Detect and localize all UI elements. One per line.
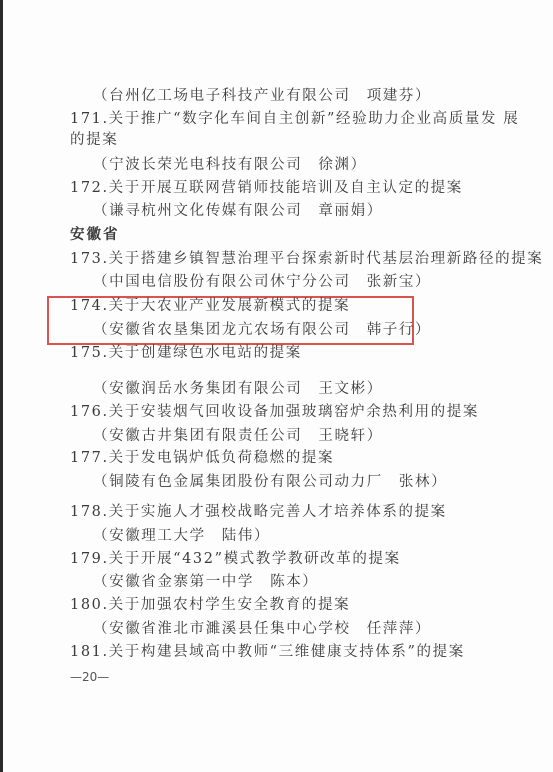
proposal-title-171: 171.关于推广“数字化车间自主创新”经验助力企业高质量发 展 xyxy=(70,110,519,128)
proposal-title-178: 178.关于实施人才强校战略完善人才培养体系的提案 xyxy=(70,503,447,521)
proposal-title-172: 172.关于开展互联网营销师技能培训及自主认定的提案 xyxy=(70,179,463,197)
proposal-title-177: 177.关于发电锅炉低负荷稳燃的提案 xyxy=(70,449,334,467)
proposal-title-171-cont: 的提案 xyxy=(70,131,118,149)
affiliation-174: （安徽省农垦集团龙亢农场有限公司 韩子行） xyxy=(93,321,431,339)
proposal-title-180: 180.关于加强农村学生安全教育的提案 xyxy=(70,596,350,614)
affiliation-177: （铜陵有色金属集团股份有限公司动力厂 张林） xyxy=(93,473,447,491)
affiliation-179: （安徽省金寨第一中学 陈本） xyxy=(93,573,318,591)
proposal-title-173: 173.关于搭建乡镇智慧治理平台探索新时代基层治理新路径的提案 xyxy=(70,250,543,268)
section-heading-anhui: 安徽省 xyxy=(70,226,120,244)
affiliation-175: （安徽润岳水务集团有限公司 王文彬） xyxy=(93,380,383,398)
proposal-title-176: 176.关于安装烟气回收设备加强玻璃窑炉余热利用的提案 xyxy=(70,403,479,421)
affiliation-170: （台州亿工场电子科技产业有限公司 项建芬） xyxy=(93,87,431,105)
document-page: （台州亿工场电子科技产业有限公司 项建芬） 171.关于推广“数字化车间自主创新… xyxy=(0,0,553,772)
affiliation-180: （安徽省淮北市濉溪县任集中心学校 任萍萍） xyxy=(93,620,431,638)
proposal-title-179: 179.关于开展“432”模式教学教研改革的提案 xyxy=(70,550,401,568)
affiliation-178: （安徽理工大学 陆伟） xyxy=(93,527,270,545)
affiliation-172: （谦寻杭州文化传媒有限公司 章丽娟） xyxy=(93,202,383,220)
proposal-title-175: 175.关于创建绿色水电站的提案 xyxy=(70,344,302,362)
page-number: —20— xyxy=(70,670,109,684)
affiliation-171: （宁波长荣光电科技有限公司 徐渊） xyxy=(93,156,367,174)
affiliation-173: （中国电信股份有限公司休宁分公司 张新宝） xyxy=(93,273,431,291)
proposal-title-174: 174.关于大农业产业发展新模式的提案 xyxy=(70,297,350,315)
affiliation-176: （安徽古井集团有限责任公司 王晓轩） xyxy=(93,427,383,445)
proposal-title-181: 181.关于构建县域高中教师“三维健康支持体系”的提案 xyxy=(70,643,465,661)
